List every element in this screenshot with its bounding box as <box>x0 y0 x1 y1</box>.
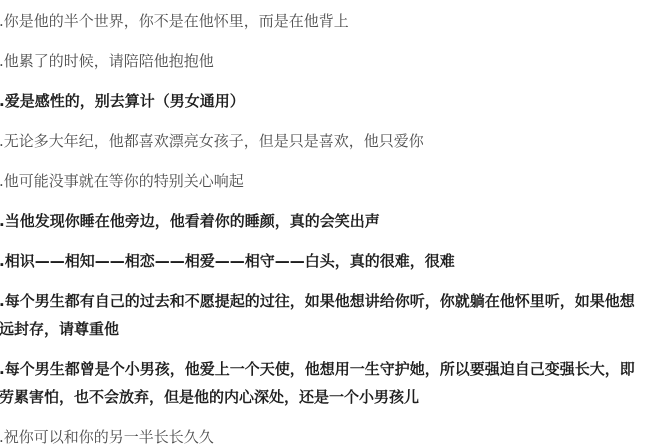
list-item-6: .当他发现你睡在他旁边，他看着你的睡颜，真的会笑出声 <box>0 207 649 235</box>
list-item-5: .他可能没事就在等你的特别关心响起 <box>0 167 649 195</box>
list-item-text: .他可能没事就在等你的特别关心响起 <box>0 167 649 195</box>
list-item-text-continuation: 劳累害怕，也不会放弃，但是他的内心深处，还是一个小男孩儿 <box>0 383 649 411</box>
list-item-7: .相识——相知——相恋——相爱——相守——白头，真的很难，很难 <box>0 247 649 275</box>
list-item-text: .无论多大年纪，他都喜欢漂亮女孩子，但是只是喜欢，他只爱你 <box>0 127 649 155</box>
article-text-block: .你是他的半个世界，你不是在他怀里，而是在他背上 .他累了的时候，请陪陪他抱抱他… <box>0 0 649 445</box>
list-item-text: .祝你可以和你的另一半长长久久 <box>0 423 649 445</box>
list-item-text: .当他发现你睡在他旁边，他看着你的睡颜，真的会笑出声 <box>0 207 649 235</box>
list-item-10: .祝你可以和你的另一半长长久久 <box>0 423 649 445</box>
list-item-4: .无论多大年纪，他都喜欢漂亮女孩子，但是只是喜欢，他只爱你 <box>0 127 649 155</box>
list-item-8: .每个男生都有自己的过去和不愿提起的过往，如果他想讲给你听，你就躺在他怀里听，如… <box>0 287 649 343</box>
list-item-text: .他累了的时候，请陪陪他抱抱他 <box>0 47 649 75</box>
list-item-text: .相识——相知——相恋——相爱——相守——白头，真的很难，很难 <box>0 247 649 275</box>
list-item-text: .你是他的半个世界，你不是在他怀里，而是在他背上 <box>0 7 649 35</box>
list-item-1: .你是他的半个世界，你不是在他怀里，而是在他背上 <box>0 7 649 35</box>
list-item-2: .他累了的时候，请陪陪他抱抱他 <box>0 47 649 75</box>
list-item-text: .每个男生都有自己的过去和不愿提起的过往，如果他想讲给你听，你就躺在他怀里听，如… <box>0 287 649 315</box>
list-item-3: .爱是感性的，别去算计（男女通用） <box>0 87 649 115</box>
list-item-text-continuation: 远封存，请尊重他 <box>0 315 649 343</box>
list-item-9: .每个男生都曾是个小男孩，他爱上一个天使，他想用一生守护她，所以要强迫自己变强长… <box>0 355 649 411</box>
list-item-text: .每个男生都曾是个小男孩，他爱上一个天使，他想用一生守护她，所以要强迫自己变强长… <box>0 355 649 383</box>
list-item-text: .爱是感性的，别去算计（男女通用） <box>0 87 649 115</box>
